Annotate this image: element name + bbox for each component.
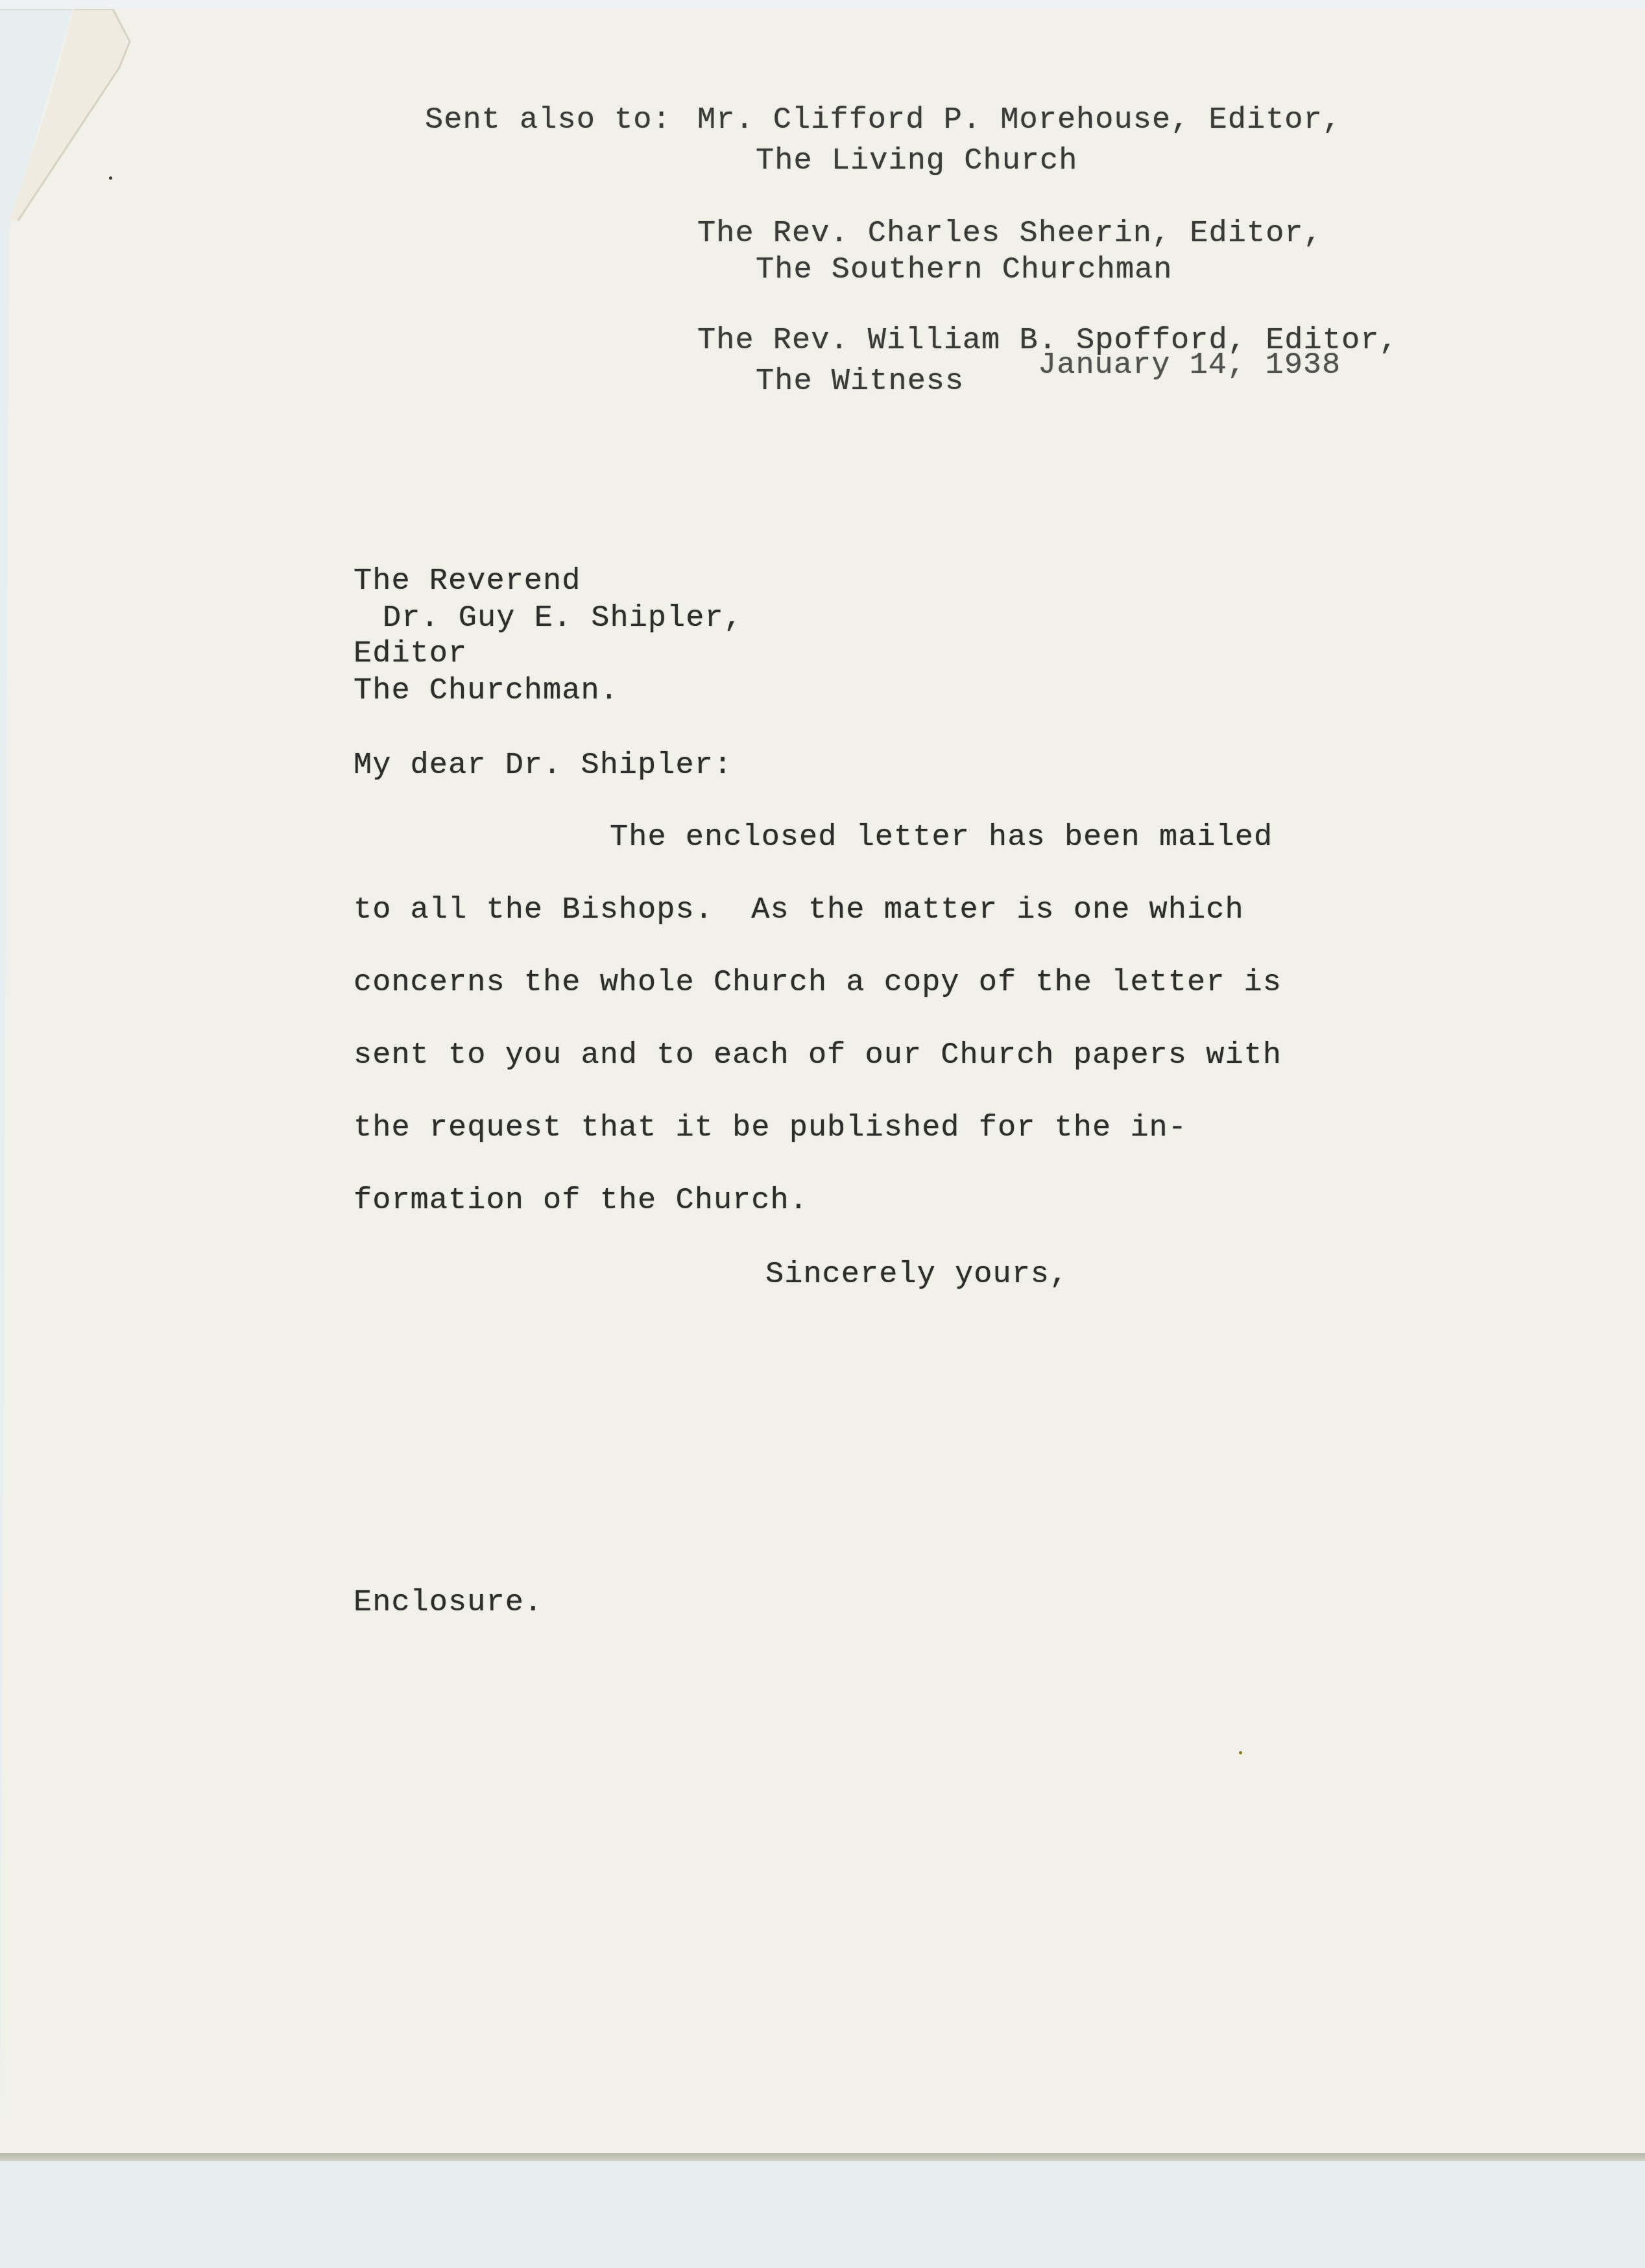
salutation: My dear Dr. Shipler: <box>354 750 732 781</box>
fold-crease-icon <box>9 9 139 243</box>
cc-recipient-1-name: Mr. Clifford P. Morehouse, Editor, <box>697 105 1341 136</box>
cc-recipient-2-name: The Rev. Charles Sheerin, Editor, <box>697 219 1323 249</box>
addressee-publication: The Churchman. <box>354 676 619 706</box>
page-bottom-edge <box>0 2153 1645 2161</box>
cc-label: Sent also to: <box>425 105 671 136</box>
body-line: the request that it be published for the… <box>354 1113 1187 1143</box>
paper-speck <box>1239 1751 1242 1754</box>
cc-recipient-3-publication: The Witness <box>756 366 964 397</box>
addressee-name: Dr. Guy E. Shipler, <box>383 603 743 634</box>
body-line: The enclosed letter has been mailed <box>610 822 1273 853</box>
body-line: sent to you and to each of our Church pa… <box>354 1040 1282 1071</box>
cc-recipient-2-publication: The Southern Churchman <box>756 255 1173 285</box>
body-line: concerns the whole Church a copy of the … <box>354 968 1282 998</box>
body-line: to all the Bishops. As the matter is one… <box>354 895 1244 925</box>
scanner-strip <box>0 0 1645 10</box>
enclosure-note: Enclosure. <box>354 1588 543 1618</box>
closing: Sincerely yours, <box>765 1259 1068 1290</box>
cc-recipient-1-publication: The Living Church <box>756 146 1077 176</box>
paper-speck <box>109 176 112 180</box>
body-line: formation of the Church. <box>354 1186 808 1216</box>
letter-date: January 14, 1938 <box>1038 350 1341 381</box>
addressee-role: Editor <box>354 639 467 669</box>
addressee-title: The Reverend <box>354 566 581 597</box>
